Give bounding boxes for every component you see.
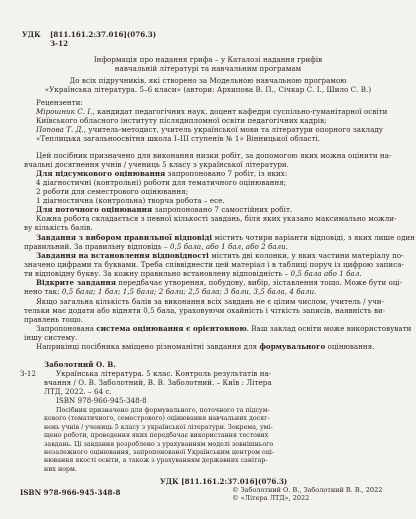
annotation-line: завдань. Ці завдання розроблено з урахув… (44, 441, 274, 449)
choice-task-line1: Завдання з вибором правильної відповіді … (36, 233, 415, 242)
annotation-line: щено роботи, проведення яких передбачає … (44, 432, 274, 440)
udk-label: УДК (22, 30, 41, 39)
footer-copyright-2: © «Літера ЛТД», 2022 (232, 494, 309, 503)
final-item-1: 4 діагностичні (контрольні) роботи для т… (36, 178, 286, 187)
reviewer-1-line1: Мірошник С. І., кандидат педагогічних на… (36, 107, 387, 116)
reviewer-2-line2: «Теплицька загальноосвітня школа І–ІІІ с… (36, 134, 320, 143)
rounding-line2: тельки має додати або відняти 0,5 бала, … (24, 306, 385, 315)
annotation-line: кового (тематичного, семестрового) оціню… (44, 415, 274, 423)
catalog-line1: Українська література. 5 клас. Контроль … (56, 369, 271, 378)
catalog-isbn: ISBN 978-966-945-348-8 (56, 396, 147, 405)
choice-task-line2: правильний. За правильну відповідь – 0,5… (24, 242, 288, 251)
catalog-udk: УДК [811.161.2:37.016](076.3) (160, 477, 272, 486)
formative-line: Наприкінці посібника вміщено різноманітн… (36, 342, 375, 351)
catalog-mark: З-12 (20, 369, 36, 378)
intro-line2: вчальні досягнення учнів / учениць 5 кла… (24, 160, 289, 169)
rounding-line3: правлень тощо. (24, 315, 83, 324)
annotation-line: нювання якості освіти, а також з урахува… (44, 457, 274, 465)
intro-line1: Цей посібник призначено для виконання ни… (36, 151, 391, 160)
grif-info-line1: Інформація про надання грифа – у Каталоз… (0, 55, 416, 64)
grif-info-line2: навчальній літературі та навчальним прог… (0, 64, 416, 73)
final-item-2: 2 роботи для семестрового оцінювання; (36, 187, 188, 196)
program-info-line1: До всіх підручників, які створено за Мод… (0, 76, 416, 85)
points-line2: ву кількість балів. (24, 223, 93, 232)
annotation-line: нень учнів / учениць 5 класу з українськ… (44, 424, 274, 432)
reviewer-2-line1: Попова Т. Д., учитель-методист, учитель … (36, 125, 383, 134)
catalog-line2: вчання / О. В. Заболотний, В. В. Заболот… (44, 378, 272, 387)
system-line2: іншу систему. (24, 333, 77, 342)
current-assessment-line: Для поточного оцінювання запропоновано 7… (36, 205, 292, 214)
udk-code: [811.161.2:37.016](076.3) (50, 30, 156, 39)
final-assessment-line: Для підсумкового оцінювання запропонован… (36, 169, 287, 178)
open-task-line1: Відкрите завдання передбачає утворення, … (36, 278, 402, 287)
match-task-line2: значено цифрами та буквами. Треба співві… (24, 260, 404, 269)
reviewers-heading: Рецензенти: (36, 98, 83, 107)
annotation-line: Посібник призначено для формувального, п… (44, 407, 274, 415)
catalog-annotation: Посібник призначено для формувального, п… (44, 407, 274, 474)
final-item-3: 1 діагностична (контрольна) творча робот… (36, 196, 225, 205)
system-line1: Запропонована система оцінювання є орієн… (36, 324, 411, 333)
imprint-page: УДК [811.161.2:37.016](076.3) З-12 Інфор… (0, 0, 416, 519)
match-task-line1: Завдання на встановлення відповідності м… (36, 251, 404, 260)
program-info-line2: «Українська література. 5–6 класи» (авто… (0, 85, 416, 94)
annotation-line: незалежного оцінювання, запропонованої У… (44, 449, 274, 457)
footer-isbn: ISBN 978-966-945-348-8 (20, 488, 120, 497)
reviewer-1-line2: Київського обласного інституту післядипл… (36, 116, 327, 125)
reviewer-1-name: Мірошник С. І. (36, 107, 93, 116)
rounding-line1: Якщо загальна кількість балів за виконан… (36, 297, 384, 306)
reviewer-2-name: Попова Т. Д. (36, 125, 84, 134)
catalog-author: Заболотний О. В. (44, 360, 116, 369)
points-line1: Кожна робота складається з певної кілько… (36, 214, 397, 223)
author-mark: З-12 (50, 39, 68, 48)
annotation-line: них норм. (44, 466, 274, 474)
match-task-line3: ти відповідну букву. За кожну правильно … (24, 269, 362, 278)
open-task-line2: нено так: 0,5 бала; 1 бал; 1,5 бала; 2 б… (24, 287, 316, 296)
catalog-line3: ЛТД, 2022. – 64 с. (44, 387, 112, 396)
